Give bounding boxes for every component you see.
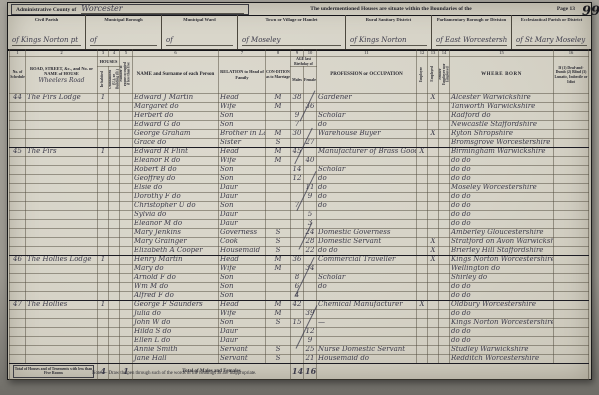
cell-rooms — [120, 282, 133, 291]
cell-employer-mark: X — [417, 300, 428, 309]
cell-infirmity — [554, 210, 589, 219]
cell-age-female — [304, 147, 317, 156]
cell-uninhabited — [109, 147, 120, 156]
cell-rooms — [120, 309, 133, 318]
cell-house-name — [26, 336, 98, 345]
cell-uninhabited — [109, 327, 120, 336]
cell-neither-mark — [439, 147, 450, 156]
cell-house-name — [26, 156, 98, 165]
cell-occupation: do — [317, 192, 417, 201]
cell-age-male — [291, 327, 304, 336]
cell-age-male — [291, 345, 304, 354]
cell-schedule-number: 45 — [10, 147, 26, 156]
cell-condition — [266, 201, 291, 210]
cell-uninhabited — [109, 138, 120, 147]
cell-age-male: 42 — [291, 300, 304, 309]
header-relation: RELATION to Head of Family — [219, 57, 266, 94]
cell-inhabited — [98, 228, 109, 237]
cell-where-born: Newcastle Staffordshire — [450, 120, 554, 129]
cell-uninhabited — [109, 300, 120, 309]
cell-house-name — [26, 201, 98, 210]
cell-occupation: Chemical Manufacturer — [317, 300, 417, 309]
cell-house-name — [26, 165, 98, 174]
cell-house-name: The Firs — [26, 147, 98, 156]
cell-house-name — [26, 102, 98, 111]
cell-neither-mark — [439, 309, 450, 318]
cell-condition: S — [266, 318, 291, 327]
cell-occupation: Domestic Governess — [317, 228, 417, 237]
cell-inhabited — [98, 318, 109, 327]
cell-neither-mark — [439, 102, 450, 111]
cell-age-male: 6 — [291, 282, 304, 291]
cell-condition: M — [266, 309, 291, 318]
cell-employer-mark — [417, 282, 428, 291]
cell-where-born: Moseley Worcestershire — [450, 183, 554, 192]
cell-age-female: 12 — [304, 327, 317, 336]
cell-relation: Daur — [219, 183, 266, 192]
cell-age-male: 4 — [291, 291, 304, 300]
cell-person-name: Elizabeth A Cooper — [133, 246, 219, 255]
cell-occupation — [317, 291, 417, 300]
census-row: 46 The Hollies Lodge 1 Henry Martin Head… — [10, 255, 589, 264]
cell-inhabited — [98, 219, 109, 228]
header-occupation: PROFESSION or OCCUPATION — [317, 57, 417, 94]
cell-age-male — [291, 219, 304, 228]
cell-relation: Son — [219, 111, 266, 120]
cell-employed-mark — [428, 228, 439, 237]
cell-occupation: — — [317, 318, 417, 327]
district-box: Municipal Borough of — [86, 15, 162, 49]
cell-age-female — [304, 273, 317, 282]
cell-relation: Cook — [219, 237, 266, 246]
cell-where-born: do do — [450, 174, 554, 183]
district-label: Civil Parish — [8, 17, 85, 23]
cell-occupation: Manufacturer of Brass Goods — [317, 147, 417, 156]
cell-age-male — [291, 192, 304, 201]
cell-schedule-number: 46 — [10, 255, 26, 264]
cell-person-name: Eleanor M do — [133, 219, 219, 228]
cell-employer-mark — [417, 309, 428, 318]
cell-house-name — [26, 273, 98, 282]
cell-occupation: do — [317, 201, 417, 210]
cell-infirmity — [554, 174, 589, 183]
cell-age-male: 8 — [291, 273, 304, 282]
district-box: Town or Village or Hamlet of Moseley — [238, 15, 346, 49]
cell-inhabited — [98, 120, 109, 129]
cell-where-born: Oldbury Worcestershire — [450, 300, 554, 309]
cell-person-name: George F Saunders — [133, 300, 219, 309]
cell-employed-mark — [428, 354, 439, 363]
cell-employer-mark — [417, 327, 428, 336]
cell-rooms — [120, 138, 133, 147]
cell-uninhabited — [109, 354, 120, 363]
cell-employer-mark — [417, 336, 428, 345]
situate-heading: The undermentioned Houses are situate wi… — [248, 6, 534, 12]
cell-employer-mark — [417, 120, 428, 129]
cell-employed-mark — [428, 210, 439, 219]
cell-where-born: do do — [450, 327, 554, 336]
cell-uninhabited — [109, 237, 120, 246]
cell-employer-mark — [417, 237, 428, 246]
cell-relation: Daur — [219, 192, 266, 201]
district-box: Rural Sanitary District of Kings Norton — [346, 15, 432, 49]
cell-employed-mark — [428, 192, 439, 201]
cell-schedule-number — [10, 201, 26, 210]
cell-infirmity — [554, 183, 589, 192]
cell-person-name: Robert B do — [133, 165, 219, 174]
cell-inhabited — [98, 183, 109, 192]
cell-where-born: do do — [450, 291, 554, 300]
cell-inhabited: 1 — [98, 300, 109, 309]
cell-infirmity — [554, 354, 589, 363]
cell-occupation: Scholar — [317, 273, 417, 282]
census-row: 44 The Firs Lodge 1 Edward J Martin Head… — [10, 93, 589, 102]
cell-employer-mark — [417, 246, 428, 255]
cell-rooms — [120, 102, 133, 111]
cell-infirmity — [554, 327, 589, 336]
cell-rooms — [120, 345, 133, 354]
cell-house-name — [26, 354, 98, 363]
cell-relation: Head — [219, 300, 266, 309]
column-number: 3 — [98, 50, 109, 57]
cell-age-male: 7 — [291, 120, 304, 129]
cell-condition — [266, 219, 291, 228]
cell-age-female: 24 — [304, 228, 317, 237]
cell-age-male — [291, 246, 304, 255]
admin-county-label: Administrative County of — [16, 7, 76, 13]
cell-inhabited: 1 — [98, 147, 109, 156]
admin-county-value: Worcester — [81, 5, 244, 14]
cell-infirmity — [554, 219, 589, 228]
header-name: NAME and Surname of each Person — [133, 57, 219, 94]
cell-employed-mark — [428, 165, 439, 174]
district-box: Municipal Ward of — [162, 15, 238, 49]
cell-rooms — [120, 93, 133, 102]
cell-infirmity — [554, 165, 589, 174]
cell-occupation: do — [317, 282, 417, 291]
cell-relation: Daur — [219, 336, 266, 345]
cell-condition — [266, 282, 291, 291]
cell-age-male — [291, 228, 304, 237]
cell-occupation — [317, 156, 417, 165]
cell-relation: Wife — [219, 102, 266, 111]
cell-relation: Wife — [219, 156, 266, 165]
district-value: of Moseley — [242, 36, 341, 46]
cell-age-female — [304, 255, 317, 264]
cell-house-name — [26, 345, 98, 354]
cell-infirmity — [554, 156, 589, 165]
cell-relation: Daur — [219, 327, 266, 336]
cell-person-name: John W do — [133, 318, 219, 327]
cell-condition: M — [266, 93, 291, 102]
cell-relation: Son — [219, 291, 266, 300]
cell-occupation — [317, 219, 417, 228]
cell-age-female: 9 — [304, 192, 317, 201]
cell-neither-mark — [439, 354, 450, 363]
cell-person-name: Edward R Flint — [133, 147, 219, 156]
cell-schedule-number: 44 — [10, 93, 26, 102]
cell-neither-mark — [439, 210, 450, 219]
cell-where-born: do do — [450, 192, 554, 201]
cell-infirmity — [554, 129, 589, 138]
census-row: Christopher U do Son 7 do do do — [10, 201, 589, 210]
cell-rooms — [120, 147, 133, 156]
cell-schedule-number — [10, 336, 26, 345]
cell-employed-mark: X — [428, 237, 439, 246]
cell-where-born: do do — [450, 201, 554, 210]
cell-neither-mark — [439, 246, 450, 255]
cell-condition: M — [266, 129, 291, 138]
cell-employed-mark — [428, 174, 439, 183]
cell-where-born: Redditch Worcestershire — [450, 354, 554, 363]
cell-neither-mark — [439, 201, 450, 210]
district-value: of East Worcestershire — [436, 36, 507, 46]
column-number: 13 — [428, 50, 439, 57]
cell-occupation: Scholar — [317, 111, 417, 120]
district-value: of — [166, 36, 233, 46]
cell-where-born: do do — [450, 165, 554, 174]
cell-age-male — [291, 138, 304, 147]
cell-relation: Sister — [219, 138, 266, 147]
column-number: 12 — [417, 50, 428, 57]
cell-age-male — [291, 354, 304, 363]
cell-relation: Son — [219, 318, 266, 327]
cell-employed-mark — [428, 183, 439, 192]
cell-infirmity — [554, 147, 589, 156]
cell-person-name: Jane Hall — [133, 354, 219, 363]
cell-age-female: 11 — [304, 183, 317, 192]
cell-inhabited — [98, 246, 109, 255]
cell-relation: Son — [219, 282, 266, 291]
cell-neither-mark — [439, 219, 450, 228]
cell-rooms — [120, 273, 133, 282]
cell-employer-mark — [417, 93, 428, 102]
cell-employed-mark — [428, 219, 439, 228]
census-row: Margaret do Wife M 36 Tanworth Warwicksh… — [10, 102, 589, 111]
district-boxes: Civil Parish of Kings Norton pt Municipa… — [8, 15, 591, 51]
cell-employed-mark — [428, 327, 439, 336]
cell-age-male — [291, 237, 304, 246]
cell-inhabited — [98, 327, 109, 336]
cell-age-female: 36 — [304, 102, 317, 111]
cell-condition: S — [266, 237, 291, 246]
cell-person-name: Annie Smith — [133, 345, 219, 354]
cell-house-name — [26, 309, 98, 318]
district-label: Parliamentary Borough or Division — [432, 17, 511, 23]
cell-uninhabited — [109, 165, 120, 174]
cell-schedule-number — [10, 273, 26, 282]
cell-age-male — [291, 183, 304, 192]
cell-inhabited — [98, 336, 109, 345]
cell-neither-mark — [439, 345, 450, 354]
cell-condition: S — [266, 228, 291, 237]
header-neither: Neither Employer nor Employed — [439, 57, 450, 94]
cell-employed-mark — [428, 291, 439, 300]
cell-neither-mark — [439, 273, 450, 282]
cell-rooms — [120, 291, 133, 300]
cell-rooms — [120, 165, 133, 174]
cell-condition: M — [266, 255, 291, 264]
district-label: Municipal Borough — [86, 17, 161, 23]
cell-neither-mark — [439, 111, 450, 120]
cell-house-name — [26, 192, 98, 201]
cell-person-name: Grace do — [133, 138, 219, 147]
cell-employer-mark — [417, 192, 428, 201]
cell-occupation: Housemaid do — [317, 354, 417, 363]
cell-employed-mark: X — [428, 255, 439, 264]
cell-age-female — [304, 201, 317, 210]
cell-where-born: Tanworth Warwickshire — [450, 102, 554, 111]
totals-houses-label-cell: Total of Houses and of Tenements with le… — [10, 363, 98, 379]
cell-age-male: 7 — [291, 201, 304, 210]
cell-uninhabited — [109, 228, 120, 237]
cell-infirmity — [554, 111, 589, 120]
table-header: 12345678910111213141516 No. of Schedule … — [10, 50, 589, 94]
cell-age-female: 22 — [304, 246, 317, 255]
cell-relation: Servant — [219, 354, 266, 363]
cell-occupation: Commercial Traveller — [317, 255, 417, 264]
cell-where-born: do do — [450, 219, 554, 228]
totals-empty-cell — [317, 363, 589, 379]
cell-inhabited — [98, 291, 109, 300]
cell-person-name: Arnold F do — [133, 273, 219, 282]
cell-schedule-number — [10, 264, 26, 273]
cell-where-born: Alcester Warwickshire — [450, 93, 554, 102]
cell-schedule-number — [10, 192, 26, 201]
cell-age-male: 45 — [291, 147, 304, 156]
header-road: ROAD, STREET, &c., and No. or NAME of HO… — [26, 57, 98, 94]
census-row: Jane Hall Servant S 21 Housemaid do Redd… — [10, 354, 589, 363]
cell-house-name — [26, 264, 98, 273]
cell-house-name — [26, 183, 98, 192]
cell-employer-mark — [417, 111, 428, 120]
cell-person-name: Mary do — [133, 264, 219, 273]
cell-age-female — [304, 120, 317, 129]
cell-inhabited: 1 — [98, 93, 109, 102]
cell-relation: Son — [219, 120, 266, 129]
census-row: Arnold F do Son 8 Scholar Shirley do — [10, 273, 589, 282]
cell-schedule-number: 47 — [10, 300, 26, 309]
cell-infirmity — [554, 273, 589, 282]
cell-person-name: Sylvia do — [133, 210, 219, 219]
cell-house-name — [26, 138, 98, 147]
cell-rooms — [120, 264, 133, 273]
table-body: 44 The Firs Lodge 1 Edward J Martin Head… — [10, 93, 589, 363]
cell-schedule-number — [10, 237, 26, 246]
cell-infirmity — [554, 228, 589, 237]
census-row: Hilda S do Daur 12 do do — [10, 327, 589, 336]
cell-inhabited — [98, 237, 109, 246]
cell-rooms — [120, 255, 133, 264]
cell-neither-mark — [439, 228, 450, 237]
folio-stamp: 99 — [582, 4, 599, 19]
cell-where-born: do do — [450, 156, 554, 165]
cell-age-male — [291, 309, 304, 318]
cell-neither-mark — [439, 255, 450, 264]
cell-person-name: Henry Martin — [133, 255, 219, 264]
cell-neither-mark — [439, 93, 450, 102]
column-number: 5 — [120, 50, 133, 57]
census-row: Mary do Wife M 34 Wellington do — [10, 264, 589, 273]
cell-uninhabited — [109, 111, 120, 120]
cell-age-male: 30 — [291, 129, 304, 138]
cell-neither-mark — [439, 129, 450, 138]
cell-age-male: 38 — [291, 93, 304, 102]
census-row: Alfred F do Son 4 do do — [10, 291, 589, 300]
district-label: Rural Sanitary District — [346, 17, 431, 23]
cell-employer-mark: X — [417, 147, 428, 156]
cell-uninhabited — [109, 255, 120, 264]
header-uninhabited: Uninhabited (U.), or Building (B.) — [109, 67, 120, 94]
district-label: Town or Village or Hamlet — [238, 17, 345, 23]
cell-person-name: Mary Grainger — [133, 237, 219, 246]
cell-age-female: 5 — [304, 210, 317, 219]
cell-age-female: 39 — [304, 309, 317, 318]
cell-uninhabited — [109, 291, 120, 300]
cell-employer-mark — [417, 255, 428, 264]
cell-where-born: Shirley do — [450, 273, 554, 282]
cell-rooms — [120, 210, 133, 219]
cell-age-female — [304, 291, 317, 300]
cell-relation: Wife — [219, 309, 266, 318]
cell-where-born: Amberley Gloucestershire — [450, 228, 554, 237]
district-value: of Kings Norton pt — [12, 36, 81, 46]
cell-inhabited — [98, 192, 109, 201]
cell-relation: Head — [219, 255, 266, 264]
cell-occupation: do — [317, 120, 417, 129]
cell-age-female: 25 — [304, 345, 317, 354]
cell-relation: Brother in Law — [219, 129, 266, 138]
cell-uninhabited — [109, 219, 120, 228]
cell-schedule-number — [10, 246, 26, 255]
cell-condition — [266, 111, 291, 120]
cell-person-name: Christopher U do — [133, 201, 219, 210]
cell-uninhabited — [109, 318, 120, 327]
cell-condition — [266, 336, 291, 345]
cell-where-born: Birmingham Warwickshire — [450, 147, 554, 156]
cell-person-name: Julia do — [133, 309, 219, 318]
header-employed: Employed — [428, 57, 439, 94]
census-row: Mary Jenkins Governess S 24 Domestic Gov… — [10, 228, 589, 237]
census-table: 12345678910111213141516 No. of Schedule … — [9, 49, 589, 380]
cell-age-female: 34 — [304, 264, 317, 273]
cell-occupation — [317, 138, 417, 147]
cell-infirmity — [554, 345, 589, 354]
cell-inhabited — [98, 201, 109, 210]
cell-infirmity — [554, 201, 589, 210]
cell-schedule-number — [10, 165, 26, 174]
cell-rooms — [120, 354, 133, 363]
cell-age-male: 14 — [291, 165, 304, 174]
cell-person-name: Edward G do — [133, 120, 219, 129]
cell-rooms — [120, 336, 133, 345]
cell-employed-mark — [428, 156, 439, 165]
cell-age-female: 28 — [304, 237, 317, 246]
cell-schedule-number — [10, 318, 26, 327]
cell-relation: Head — [219, 93, 266, 102]
cell-house-name — [26, 327, 98, 336]
cell-inhabited — [98, 309, 109, 318]
header-rooms: Number of rooms occupied if less than fi… — [120, 57, 133, 94]
cell-age-male: 9 — [291, 111, 304, 120]
census-row: Elizabeth A Cooper Housemaid S 22 do do … — [10, 246, 589, 255]
cell-schedule-number — [10, 219, 26, 228]
cell-occupation: Nurse Domestic Servant — [317, 345, 417, 354]
cell-age-male — [291, 336, 304, 345]
cell-employed-mark — [428, 147, 439, 156]
cell-rooms — [120, 129, 133, 138]
cell-employed-mark — [428, 273, 439, 282]
